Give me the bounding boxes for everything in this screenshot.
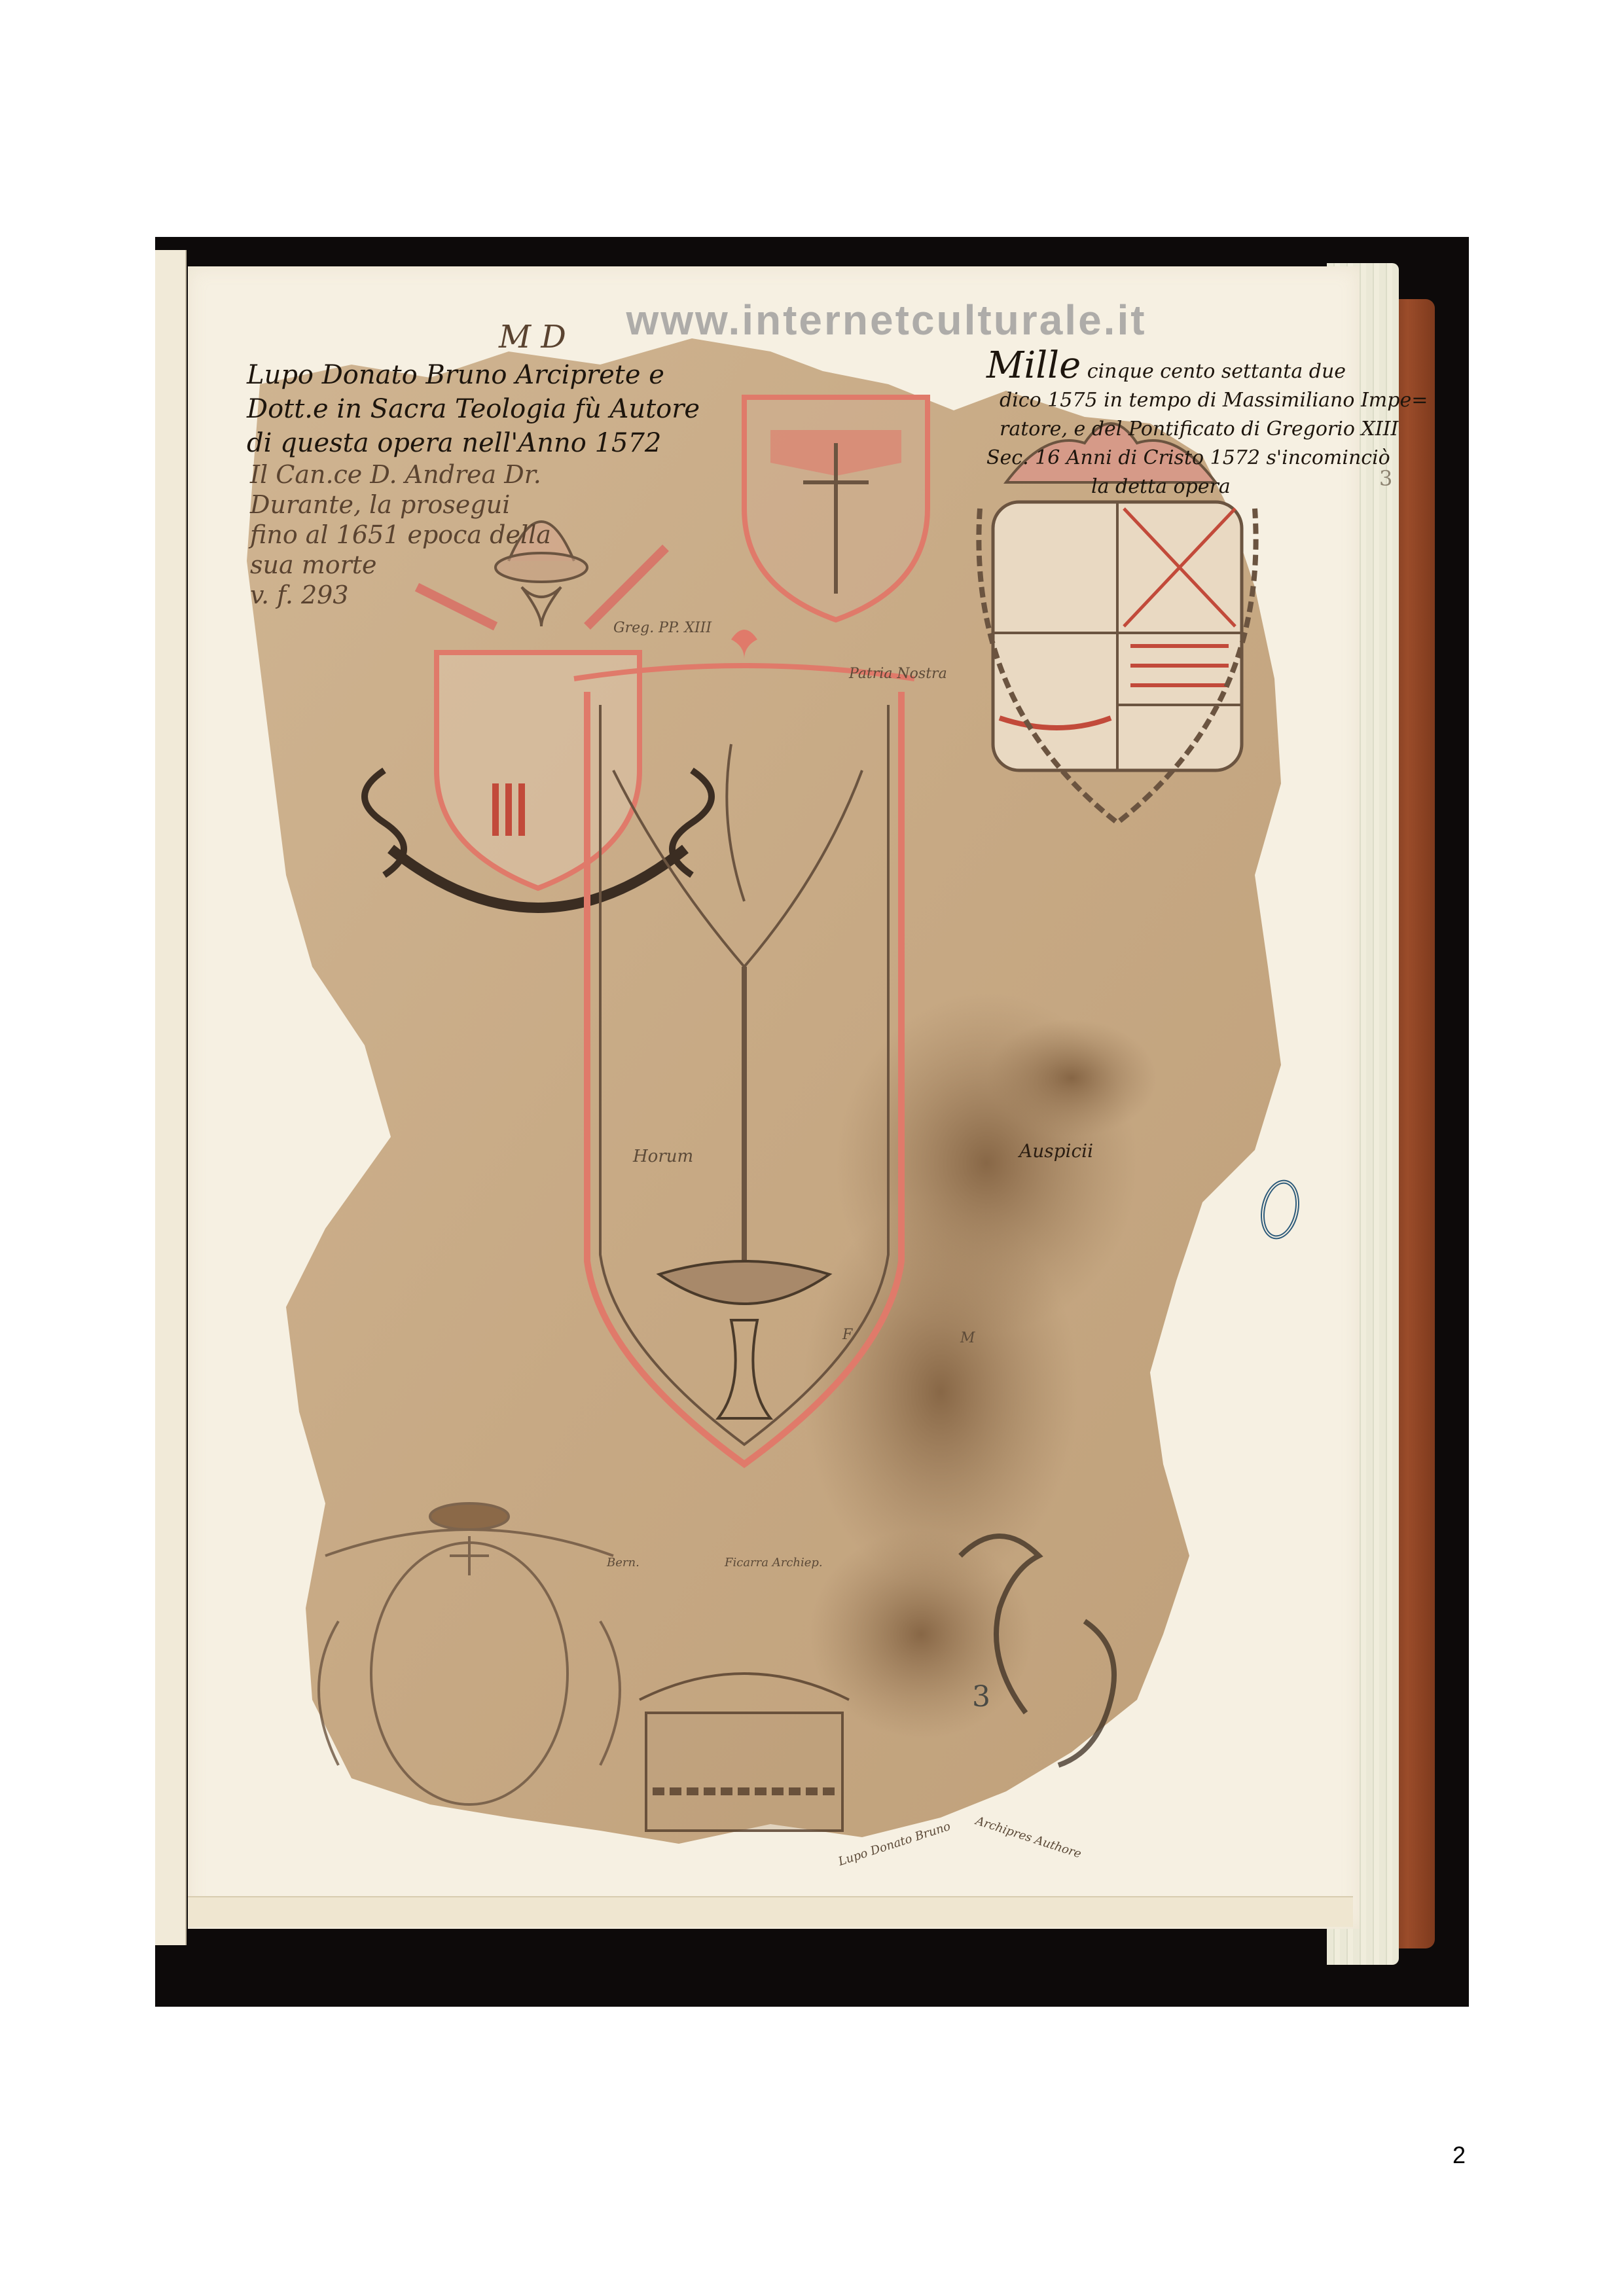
continuation-note-line: Durante, la prosegui: [250, 490, 551, 520]
continuation-note-line: fino al 1651 epoca della: [250, 520, 551, 550]
shield-caption: Patria Nostra: [849, 666, 947, 682]
crest-label-right: Ficarra Archiep.: [725, 1556, 823, 1570]
tree-label-right: Auspicii: [1019, 1140, 1093, 1162]
author-note-line: Dott.e in Sacra Teologia fù Autore: [247, 392, 700, 426]
crest-label-left: Bern.: [607, 1556, 640, 1570]
tree-initial-right: M: [960, 1330, 975, 1346]
page-number: 2: [1453, 2142, 1466, 2169]
date-note: Mille cinque cento settanta due dico 157…: [986, 351, 1428, 501]
date-note-line: Sec. 16 Anni di Cristo 1572 s'incominciò: [986, 444, 1428, 473]
tree-label-left: Horum: [633, 1147, 693, 1166]
manuscript-leaf: www.internetculturale.it M D Lupo Donato…: [188, 266, 1360, 1929]
folio-mark-center: 3: [972, 1680, 990, 1713]
date-note-line: dico 1575 in tempo di Massimiliano Impe=: [986, 386, 1428, 415]
left-facing-page: [155, 250, 187, 1945]
continuation-note: Il Can.ce D. Andrea Dr. Durante, la pros…: [250, 459, 551, 610]
leaf-bottom-edge: [188, 1896, 1353, 1927]
tree-initial-left: F: [842, 1327, 852, 1343]
author-note-line: di questa opera nell'Anno 1572: [247, 426, 700, 460]
continuation-note-line: v. f. 293: [250, 580, 551, 610]
continuation-note-line: sua morte: [250, 550, 551, 580]
author-note: Lupo Donato Bruno Arciprete e Dott.e in …: [247, 358, 700, 460]
watermark: www.internetculturale.it: [559, 296, 1214, 344]
date-note-heading: Mille cinque cento settanta due: [986, 351, 1428, 386]
header-initials: M D: [499, 319, 566, 355]
date-note-line: cinque cento settanta due: [1087, 360, 1346, 383]
manuscript-photograph: www.internetculturale.it M D Lupo Donato…: [155, 237, 1469, 2007]
author-note-line: Lupo Donato Bruno Arciprete e: [247, 358, 700, 392]
date-note-line: la detta opera: [986, 473, 1428, 501]
date-note-line: ratore, e del Pontificato di Gregorio XI…: [986, 415, 1428, 444]
continuation-note-line: Il Can.ce D. Andrea Dr.: [250, 459, 551, 490]
date-note-first-word: Mille: [986, 344, 1081, 387]
folio-mark-right: 3: [1379, 466, 1392, 491]
papal-cartouche-label: Greg. PP. XIII: [613, 620, 712, 636]
